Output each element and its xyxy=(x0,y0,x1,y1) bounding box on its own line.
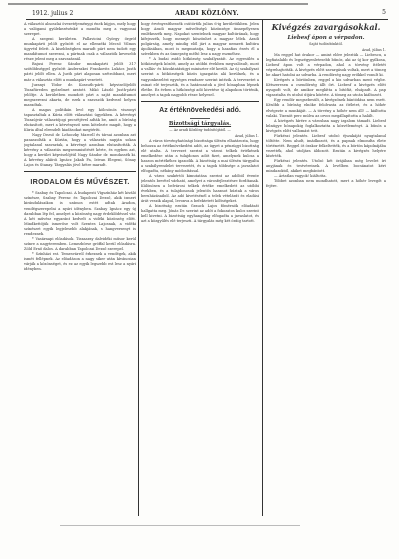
paragraph: Kivégzés a börtönben, reggel a kis udvar… xyxy=(266,78,386,98)
paragraph: * Színházi est. Temesvárról érkeznek a v… xyxy=(24,252,136,272)
column-3: Kivégzés zavargásokkal. Liebesf ápon a v… xyxy=(266,22,386,522)
bottom-scan-rule xyxy=(60,525,300,526)
paragraph: Nagy Dezső dr. Lehoczky Marcell és társa… xyxy=(24,133,136,168)
paragraph: Fürkészi jelentés. Liebesf utolsó éjszak… xyxy=(266,134,386,159)
paragraph: A bizottság ezután Grauch Lajos főmérnök… xyxy=(141,204,259,224)
short-rule xyxy=(190,118,210,119)
paragraph: A város törvényhatósági bizottsága ülésé… xyxy=(141,139,259,174)
page-header: 1912. julius 2 ARADI KÖZLÖNY. 5 xyxy=(26,8,388,20)
paragraph: Ma reggel hat órakor — amint előre jelez… xyxy=(266,53,386,78)
paragraph: Bajusi Ferenc Sándor munkapárti jelölt 3… xyxy=(24,62,136,82)
paragraph: A szegeni kerületen. Pallavicini György … xyxy=(24,37,136,62)
paragraph: A választói alnoszlai övezetéjeménygi én… xyxy=(24,22,136,37)
paragraph: Juranyi Tódor dr. Kossuth-párti képvisel… xyxy=(24,83,136,108)
masthead-title: ARADI KÖZLÖNY. xyxy=(26,10,388,17)
paragraph: hogy érvényesíthessék csütörtök julius 6… xyxy=(141,22,259,57)
paragraph: * Szabay és Tapolczai. A budapesti Vígsz… xyxy=(24,191,136,236)
page-number: 5 xyxy=(382,9,386,16)
newspaper-page: 1912. julius 2 ARADI KÖZLÖNY. 5 A válasz… xyxy=(0,0,399,559)
paragraph: * Vasárnapi előadások. Tiszaaray dalvidé… xyxy=(24,237,136,252)
section-heading-irodalom: IRODALOM ÉS MŰVÉSZET. xyxy=(24,177,136,187)
article-byline: Saját tudósítónktól. xyxy=(266,42,386,47)
column-2: hogy érvényesíthessék csütörtök julius 6… xyxy=(141,22,259,522)
column-divider xyxy=(262,20,263,516)
paragraph: A kivégzés hírére a városban nagy izgalo… xyxy=(266,119,386,134)
paragraph: Többet azonban nem mondhatott, mert a hó… xyxy=(266,179,386,189)
scan-edge-rule xyxy=(8,3,308,5)
paragraph: A magas politikán levő egy kölcsönös vis… xyxy=(24,108,136,133)
article-heading: Az értéknövekedési adó. xyxy=(141,106,259,116)
paragraph: Fürkészi jelentés. Utolsó két órájában m… xyxy=(266,159,386,174)
article-subheading: Liebesf ápon a vérpadon. xyxy=(266,35,386,42)
article-byline: — Az aradi Közlöny tudósítójától. — xyxy=(141,128,259,133)
paragraph: A város szakértői kimutatása szerint az … xyxy=(141,174,259,204)
article-heading: Kivégzés zavargásokkal. xyxy=(266,22,386,33)
paragraph: * A budai zsidó hitközség szabályzatát. … xyxy=(141,57,259,97)
column-1: A választói alnoszlai övezetéjeménygi én… xyxy=(24,22,136,522)
article-subheading: Bizottsági tárgyalás. xyxy=(141,121,259,128)
paragraph: Egy rendőr megsebesült, a kivégzőnek bán… xyxy=(266,98,386,118)
column-divider xyxy=(138,20,139,516)
article-divider xyxy=(141,101,259,102)
section-divider xyxy=(24,171,136,172)
